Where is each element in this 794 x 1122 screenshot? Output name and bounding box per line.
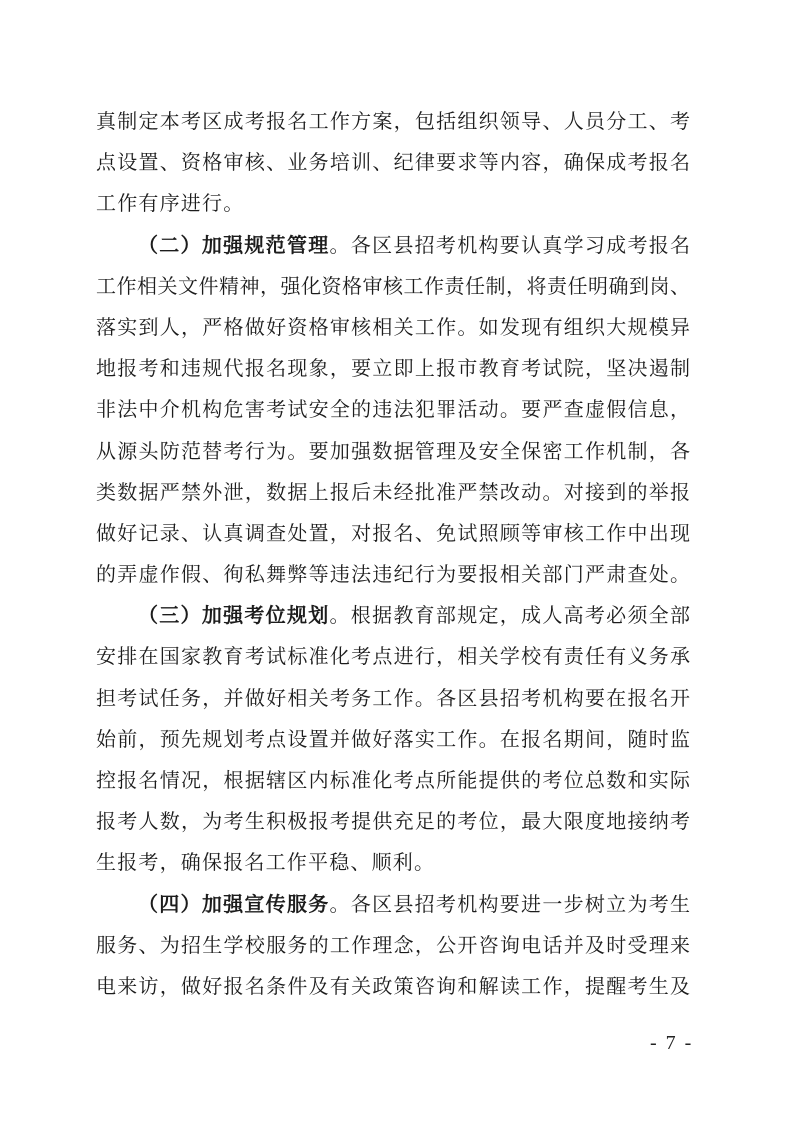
text-line: 控报名情况，根据辖区内标准化考点所能提供的考位总数和实际 (96, 760, 690, 801)
body-text: 真制定本考区成考报名工作方案，包括组织领导、人员分工、考 点设置、资格审核、业务… (96, 101, 690, 1007)
text-line: 的弄虚作假、徇私舞弊等违法违纪行为要报相关部门严肃查处。 (96, 554, 690, 595)
document-page: 真制定本考区成考报名工作方案，包括组织领导、人员分工、考 点设置、资格审核、业务… (0, 0, 794, 1122)
section-text: 。根据教育部规定，成人高考必须全部 (330, 603, 690, 627)
section-heading: （四）加强宣传服务 (138, 892, 330, 916)
text-line: 非法中介机构危害考试安全的违法犯罪活动。要严查虚假信息， (96, 389, 690, 430)
text-line: 工作有序进行。 (96, 183, 690, 224)
text-line: 点设置、资格审核、业务培训、纪律要求等内容，确保成考报名 (96, 142, 690, 183)
section-text: 。各区县招考机构要进一步树立为考生 (330, 892, 690, 916)
text-line: 落实到人，严格做好资格审核相关工作。如发现有组织大规模异 (96, 307, 690, 348)
section-heading: （二）加强规范管理 (138, 233, 330, 257)
section-text: 。各区县招考机构要认真学习成考报名 (330, 233, 690, 257)
text-line: 服务、为招生学校服务的工作理念，公开咨询电话并及时受理来 (96, 925, 690, 966)
text-line: 安排在国家教育考试标准化考点进行，相关学校有责任有义务承 (96, 636, 690, 677)
text-line: 始前，预先规划考点设置并做好落实工作。在报名期间，随时监 (96, 719, 690, 760)
text-line: 从源头防范替考行为。要加强数据管理及安全保密工作机制，各 (96, 431, 690, 472)
text-line: 担考试任务，并做好相关考务工作。各区县招考机构要在报名开 (96, 678, 690, 719)
section-2-first-line: （二）加强规范管理。各区县招考机构要认真学习成考报名 (96, 225, 690, 266)
section-heading: （三）加强考位规划 (138, 603, 330, 627)
text-line: 报考人数，为考生积极报考提供充足的考位，最大限度地接纳考 (96, 801, 690, 842)
text-line: 地报考和违规代报名现象，要立即上报市教育考试院，坚决遏制 (96, 348, 690, 389)
section-3-first-line: （三）加强考位规划。根据教育部规定，成人高考必须全部 (96, 595, 690, 636)
text-line: 电来访，做好报名条件及有关政策咨询和解读工作，提醒考生及 (96, 966, 690, 1007)
text-line: 做好记录、认真调查处置，对报名、免试照顾等审核工作中出现 (96, 513, 690, 554)
text-line: 生报考，确保报名工作平稳、顺利。 (96, 842, 690, 883)
text-line: 类数据严禁外泄，数据上报后未经批准严禁改动。对接到的举报 (96, 472, 690, 513)
page-number: - 7 - (650, 1030, 693, 1056)
text-line: 真制定本考区成考报名工作方案，包括组织领导、人员分工、考 (96, 101, 690, 142)
section-4-first-line: （四）加强宣传服务。各区县招考机构要进一步树立为考生 (96, 884, 690, 925)
text-line: 工作相关文件精神，强化资格审核工作责任制，将责任明确到岗、 (96, 266, 690, 307)
